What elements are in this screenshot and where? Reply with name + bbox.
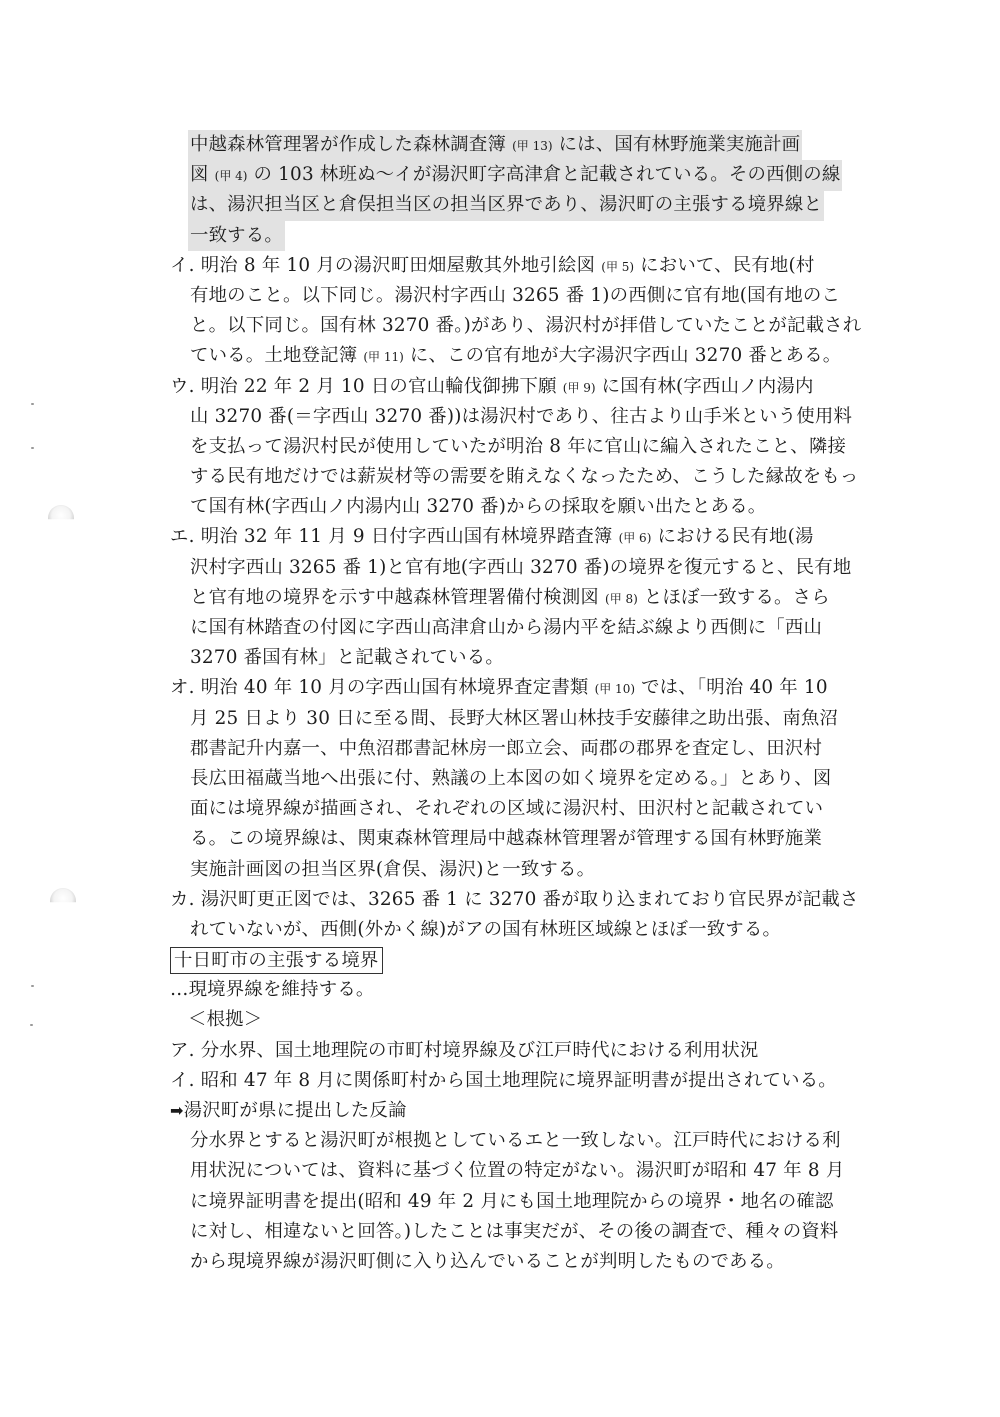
exhibit-ref: (甲 10) [595, 682, 635, 696]
intro-paragraph: 中越森林管理署が作成した森林調査簿 (甲 13) には、国有林野施業実施計画 図… [188, 130, 850, 251]
rebuttal-line: 分水界とすると湯沢町が根拠としているエと一致しない。江戸時代における利 [170, 1126, 850, 1156]
item-line: 実施計画図の担当区界(倉俣、湯沢)と一致する。 [170, 855, 850, 885]
evidence-item-i: イ. 明治 8 年 10 月の湯沢町田畑屋敷其外地引絵図 (甲 5) において、… [170, 251, 850, 372]
document-page: 中越森林管理署が作成した森林調査簿 (甲 13) には、国有林野施業実施計画 図… [0, 0, 1000, 1417]
item-marker: エ. [170, 526, 195, 547]
basis-item: 昭和 47 年 8 月に関係町村から国土地理院に境界証明書が提出されている。 [201, 1070, 837, 1091]
yuzawa-rebuttal-section: ➡湯沢町が県に提出した反論 分水界とすると湯沢町が根拠としているエと一致しない。… [170, 1096, 850, 1277]
item-marker: ア. [170, 1040, 195, 1061]
rebuttal-line: から現境界線が湯沢町側に入り込んでいることが判明したものである。 [170, 1247, 850, 1277]
highlighted-line: 一致する。 [188, 221, 285, 251]
item-marker: カ. [170, 889, 195, 910]
item-line: て国有林(字西山ノ内湯内山 3270 番)からの採取を願い出たとある。 [170, 492, 850, 522]
item-marker: イ. [170, 1070, 195, 1091]
item-line: 山 3270 番(＝字西山 3270 番))は湯沢村であり、往古より山手米という… [170, 402, 850, 432]
basis-item: 分水界、国土地理院の市町村境界線及び江戸時代における利用状況 [201, 1040, 759, 1061]
arrow-right-icon: ➡ [170, 1101, 184, 1120]
item-line: を支払って湯沢村民が使用していたが明治 8 年に官山に編入されたこと、隣接 [170, 432, 850, 462]
document-body: 中越森林管理署が作成した森林調査簿 (甲 13) には、国有林野施業実施計画 図… [170, 130, 850, 1277]
item-marker: イ. [170, 255, 195, 276]
item-marker: オ. [170, 677, 195, 698]
exhibit-ref: (甲 8) [605, 592, 638, 606]
item-line: する民有地だけでは薪炭材等の需要を賄えなくなったため、こうした縁故をもっ [170, 462, 850, 492]
item-line: に国有林踏査の付図に字西山高津倉山から湯内平を結ぶ線より西側に「西山 [170, 613, 850, 643]
rebuttal-line: に境界証明書を提出(昭和 49 年 2 月にも国土地理院からの境界・地名の確認 [170, 1187, 850, 1217]
evidence-item-u: ウ. 明治 22 年 2 月 10 日の官山輪伐御拂下願 (甲 9) に国有林(… [170, 372, 850, 523]
section-heading-boxed: 十日町市の主張する境界 [170, 947, 383, 974]
item-line: る。この境界線は、関東森林管理局中越森林管理署が管理する国有林野施業 [170, 824, 850, 854]
scan-speck [31, 447, 34, 449]
rebuttal-line: 用状況については、資料に基づく位置の特定がない。湯沢町が昭和 47 年 8 月 [170, 1156, 850, 1186]
exhibit-ref: (甲 13) [512, 139, 552, 153]
rebuttal-line: に対し、相違ないと回答。)したことは事実だが、その後の調査で、種々の資料 [170, 1217, 850, 1247]
item-line: 月 25 日より 30 日に至る間、長野大林区署山林技手安藤律之助出張、南魚沼 [170, 704, 850, 734]
basis-label: ＜根拠＞ [170, 1005, 850, 1035]
exhibit-ref: (甲 6) [619, 531, 652, 545]
punch-hole-bottom [50, 888, 76, 914]
item-line: れていないが、西側(外かく線)がアの国有林班区域線とほぼ一致する。 [170, 915, 850, 945]
item-line: と官有地の境界を示す中越森林管理署備付検測図 (甲 8) とほぼ一致する。さら [170, 583, 850, 613]
exhibit-ref: (甲 9) [563, 381, 596, 395]
scan-speck [31, 403, 34, 405]
rebuttal-heading: 湯沢町が県に提出した反論 [184, 1100, 407, 1121]
punch-hole-top [48, 505, 74, 531]
evidence-item-e: エ. 明治 32 年 11 月 9 日付字西山国有林境界踏査簿 (甲 6) にお… [170, 522, 850, 673]
evidence-item-o: オ. 明治 40 年 10 月の字西山国有林境界査定書類 (甲 10) では、「… [170, 673, 850, 884]
item-line: 3270 番国有林」と記載されている。 [170, 643, 850, 673]
evidence-item-ka: カ. 湯沢町更正図では、3265 番 1 に 3270 番が取り込まれており官民… [170, 885, 850, 945]
exhibit-ref: (甲 5) [601, 260, 634, 274]
scan-speck [31, 985, 34, 987]
item-line: 郡書記升内嘉一、中魚沼郡書記林房一郎立会、両郡の郡界を査定し、田沢村 [170, 734, 850, 764]
item-line: 長広田福蔵当地へ出張に付、熟議の上本図の如く境界を定める。」とあり、図 [170, 764, 850, 794]
item-line: と。以下同じ。国有林 3270 番。)があり、湯沢村が拝借していたことが記載され [170, 311, 850, 341]
item-line: 面には境界線が描画され、それぞれの区域に湯沢村、田沢村と記載されてい [170, 794, 850, 824]
scan-speck [30, 1024, 33, 1026]
item-marker: ウ. [170, 376, 195, 397]
highlighted-line: は、湯沢担当区と倉俣担当区の担当区界であり、湯沢町の主張する境界線と [188, 190, 824, 220]
exhibit-ref: (甲 4) [215, 169, 248, 183]
claim-text: …現境界線を維持する。 [170, 975, 850, 1005]
item-line: 有地のこと。以下同じ。湯沢村字西山 3265 番 1)の西側に官有地(国有地のこ [170, 281, 850, 311]
exhibit-ref: (甲 11) [363, 350, 403, 364]
highlighted-line: 中越森林管理署が作成した森林調査簿 (甲 13) には、国有林野施業実施計画 [188, 130, 802, 161]
highlighted-line: 図 (甲 4) の 103 林班ぬ～イが湯沢町字高津倉と記載されている。その西側… [188, 160, 842, 191]
tokamachi-claim-section: 十日町市の主張する境界 …現境界線を維持する。 ＜根拠＞ ア. 分水界、国土地理… [170, 945, 850, 1096]
item-line: ている。土地登記簿 (甲 11) に、この官有地が大字湯沢字西山 3270 番と… [170, 341, 850, 371]
item-line: 沢村字西山 3265 番 1)と官有地(字西山 3270 番)の境界を復元すると… [170, 553, 850, 583]
